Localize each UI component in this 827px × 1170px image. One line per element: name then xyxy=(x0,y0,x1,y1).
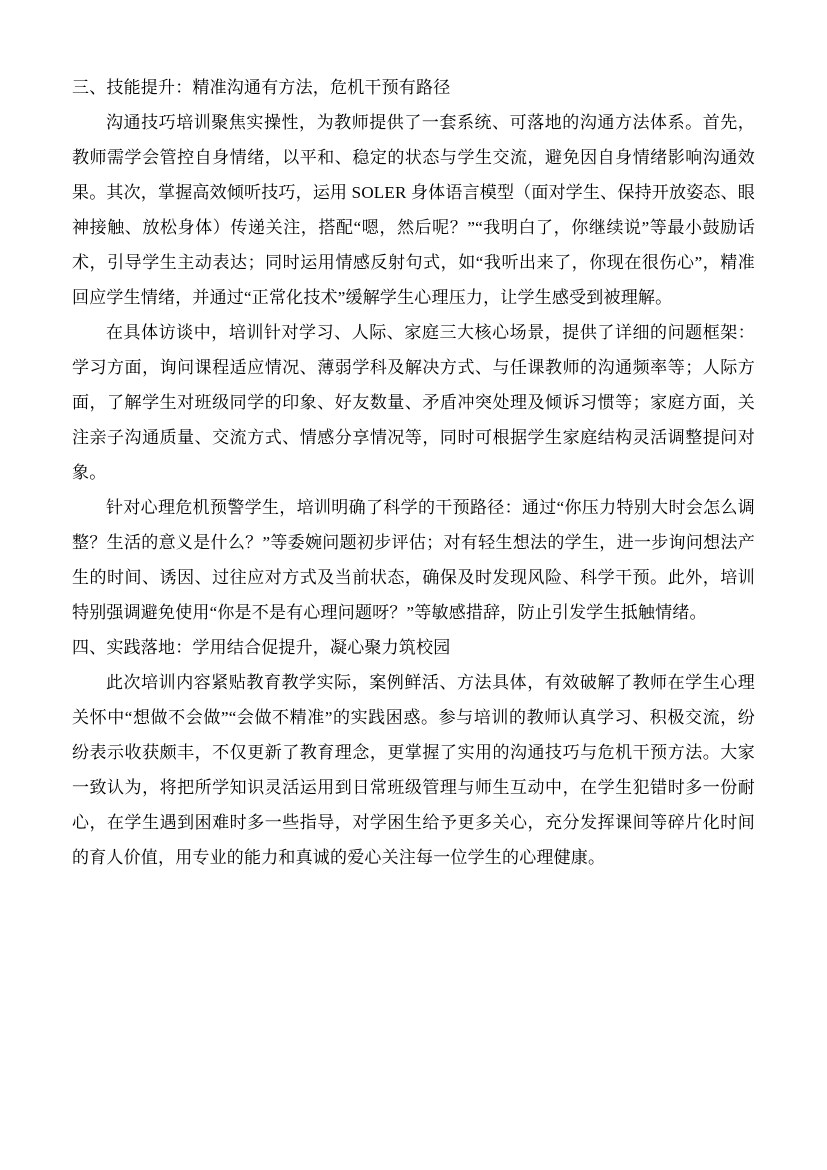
paragraph: 此次培训内容紧贴教育教学实际，案例鲜活、方法具体，有效破解了教师在学生心理关怀中… xyxy=(72,665,755,875)
paragraph: 在具体访谈中，培训针对学习、人际、家庭三大核心场景，提供了详细的问题框架：学习方… xyxy=(72,315,755,490)
document-page: 三、技能提升：精准沟通有方法，危机干预有路径沟通技巧培训聚焦实操性，为教师提供了… xyxy=(0,0,827,1170)
section-heading: 四、实践落地：学用结合促提升，凝心聚力筑校园 xyxy=(72,630,755,665)
document-text-block: 三、技能提升：精准沟通有方法，危机干预有路径沟通技巧培训聚焦实操性，为教师提供了… xyxy=(72,70,755,875)
section-heading: 三、技能提升：精准沟通有方法，危机干预有路径 xyxy=(72,70,755,105)
paragraph: 沟通技巧培训聚焦实操性，为教师提供了一套系统、可落地的沟通方法体系。首先，教师需… xyxy=(72,105,755,315)
paragraph: 针对心理危机预警学生，培训明确了科学的干预路径：通过“你压力特别大时会怎么调整？… xyxy=(72,490,755,630)
